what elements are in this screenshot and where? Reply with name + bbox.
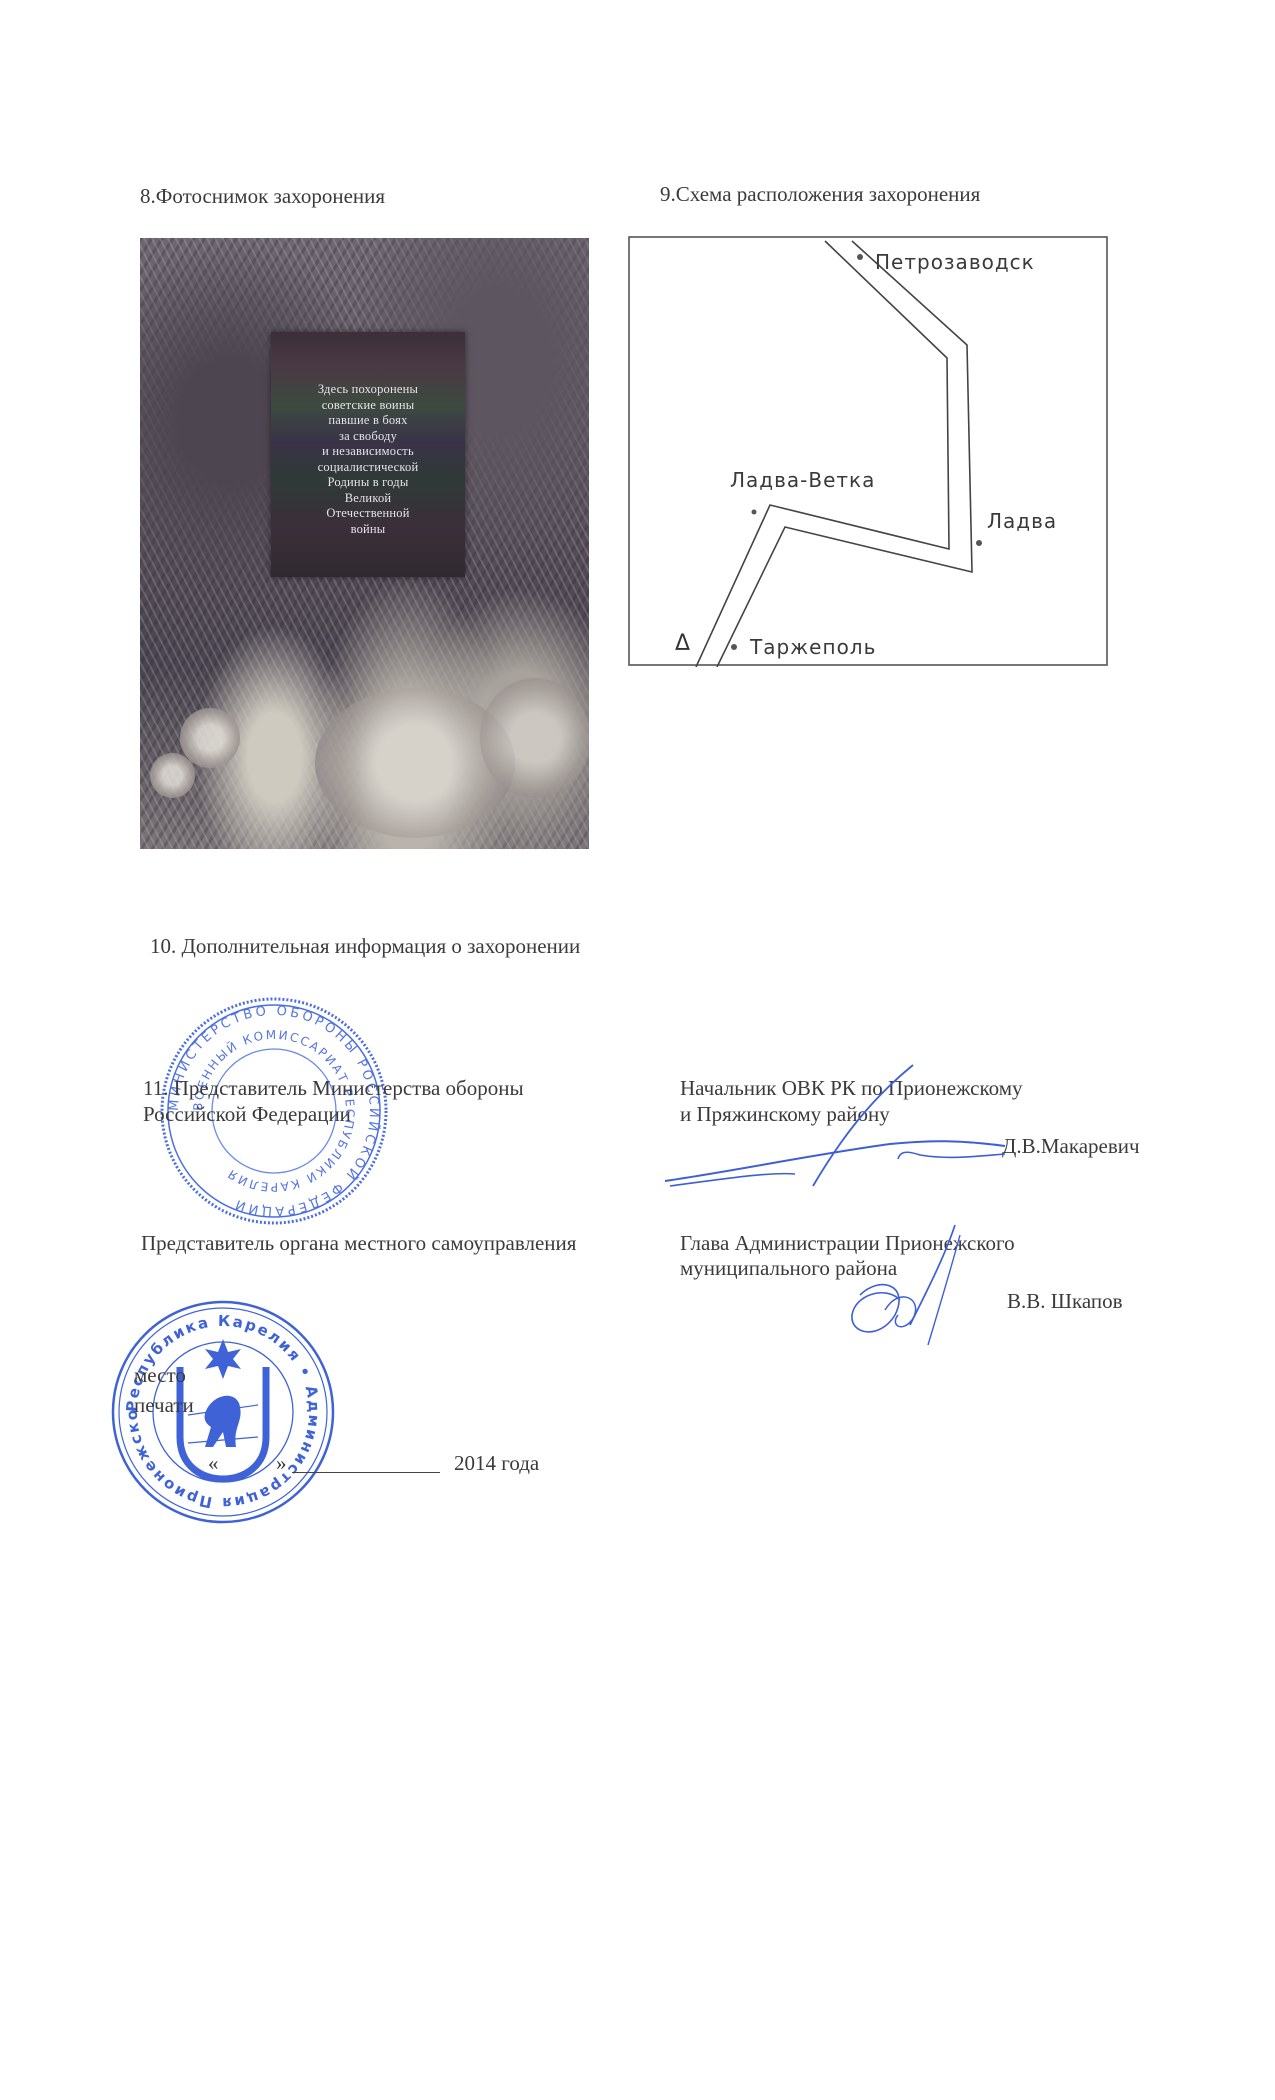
petrozavodsk-dot	[857, 254, 863, 260]
mod-representative-title-cont: Российской Федерации	[143, 1101, 351, 1127]
ladva-dot	[976, 540, 982, 546]
ovk-head-title-cont: и Пряжинскому району	[680, 1101, 890, 1127]
admin-head-title-cont: муниципального района	[680, 1255, 897, 1281]
additional-info-heading: 10. Дополнительная информация о захороне…	[150, 933, 580, 959]
bear-icon	[205, 1396, 241, 1447]
tarzhepol-dot	[731, 644, 737, 650]
date-month-blank	[292, 1472, 440, 1473]
location-map: Петрозаводск Ладва-Ветка Ладва Таржеполь…	[627, 235, 1109, 667]
plaque-inscription: Здесь похоронены советские воины павшие …	[271, 382, 465, 537]
star-icon	[205, 1339, 241, 1379]
ladva-label: Ладва	[987, 509, 1057, 533]
date-quote-close: »	[276, 1450, 287, 1476]
ovk-head-title: Начальник ОВК РК по Прионежскому	[680, 1075, 1023, 1101]
wreath	[480, 678, 589, 798]
wreath-flower	[150, 753, 195, 798]
photo-section-heading: 8.Фотоснимок захоронения	[140, 183, 385, 209]
local-government-representative-title: Представитель органа местного самоуправл…	[141, 1230, 576, 1256]
memorial-plaque: Здесь похоронены советские воины павшие …	[271, 332, 465, 577]
admin-head-name: В.В. Шкапов	[1007, 1288, 1123, 1314]
tarzhepol-label: Таржеполь	[749, 635, 876, 659]
petrozavodsk-label: Петрозаводск	[875, 250, 1035, 274]
map-section-heading: 9.Схема расположения захоронения	[660, 181, 980, 207]
date-quote-open: «	[208, 1450, 219, 1476]
seal-place-label-cont: печати	[134, 1392, 194, 1418]
burial-marker-icon: Δ	[675, 631, 690, 656]
date-year: 2014 года	[454, 1450, 539, 1476]
ladva-vetka-dot	[752, 510, 757, 515]
map-frame	[629, 237, 1107, 665]
mod-representative-title: 11. Представитель Министерства обороны	[143, 1075, 524, 1101]
ladva-vetka-label: Ладва-Ветка	[730, 468, 875, 492]
admin-head-title: Глава Администрации Прионежского	[680, 1230, 1015, 1256]
seal-place-label: место	[134, 1362, 186, 1388]
ovk-head-name: Д.В.Макаревич	[1002, 1133, 1140, 1159]
burial-photo: Здесь похоронены советские воины павшие …	[140, 238, 589, 849]
wreath-flower	[180, 708, 240, 768]
